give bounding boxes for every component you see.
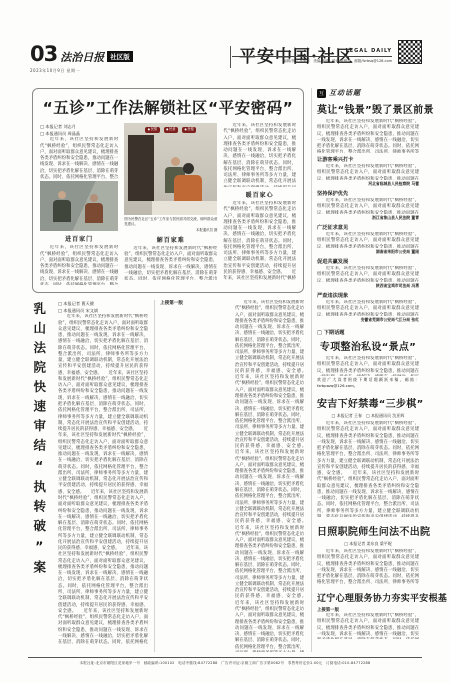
left-article-body: □ 本报记者 曹天健 □ 本报通讯员 宋文斌 近年来，该社区坚持和发展新时代“枫… (58, 300, 148, 652)
middle-article-columns: 上接第一版 近年来，该社区坚持和发展新时代“枫桥经验”，组织民警常态化走访入户，… (160, 300, 304, 652)
response-item: 坚持保护优先 近年来，该社区坚持和发展新时代“枫桥经验”，组织民警常态化走访入户… (317, 190, 419, 221)
right-article-3: 日照职院师生问法不出院 □ 本报记者 姜东良 梁平妮 近年来，该社区坚持和发展新… (317, 523, 419, 585)
response-subhead: 严查违法现象 (317, 292, 419, 299)
secondary-photo (40, 181, 118, 231)
body-text: 近年来，该社区坚持和发展新时代“枫桥经验”，组织民警常态化走访入户，面对面听取群… (223, 201, 296, 281)
body-text: 近年来，该社区坚持和发展新时代“枫桥经验”，组织民警常态化走访入户，面对面听取群… (40, 137, 118, 179)
page-number: 03 (30, 42, 57, 66)
newspaper-page: 03法治日报社区版 2023年10月9日 星期一 平安中国·社区 LEGAL D… (0, 0, 450, 683)
topic-icon: 互 (317, 89, 326, 98)
body-text: 近年来，该社区坚持和发展新时代“枫桥经验”，组织民警常态化走访入户，面对面听取群… (235, 300, 304, 652)
body-text: 近年来，该社区坚持和发展新时代“枫桥经验”，组织民警常态化走访入户，面对面听取群… (317, 421, 419, 517)
masthead-logo: 法治日报 (60, 51, 104, 64)
body-text: 近年来，该社区坚持和发展新时代“枫桥经验”，组织民警常态化走访入户，面对面听取群… (124, 246, 217, 280)
footer-info-line: 本报社址:北京市朝阳区花家地甲一号 邮政编码:100102 电话中继线:8477… (28, 661, 422, 666)
response-subhead: 广泛征求意见 (317, 224, 419, 231)
main-byline-1: □ 本报记者 刘志月 (40, 123, 118, 130)
response-attribution: 安徽省芜湖市公安局弋江分局 张红 (317, 317, 419, 323)
qr-code-icon (398, 40, 422, 64)
main-col-2: 民情 民意 民便 图为民警在社区“五诊”工作室与居民面对面交流，倾听群众意见建议… (124, 123, 217, 285)
topic-headline: 莫让“钱景”毁了景区前景 (317, 101, 419, 116)
continued-tag: 上接第一版 (160, 300, 229, 306)
page-header: 03法治日报社区版 2023年10月9日 星期一 平安中国·社区 LEGAL D… (30, 42, 420, 86)
main-article-columns: □ 本报记者 刘志月 □ 本报通讯员 周晶晶 近年来，该社区坚持和发展新时代“枫… (40, 123, 296, 285)
body-text: 近年来，该社区坚持和发展新时代“枫桥经验”，组织民警常态化走访入户，面对面听取群… (317, 164, 419, 180)
header-right: LEGAL DAILY 编辑/李立 高旭东 美编/蔡琦 校对/陈维华 邮箱/fz… (232, 48, 392, 64)
response-attribution: 河北省临城县人民检察院 马蕾 (317, 181, 419, 187)
response-attribution: 浙江省象山县人民法院 董青 (317, 215, 419, 221)
left-article: 乳山法院快速审结“执转破”案 □ 本报记者 曹天健 □ 本报通讯员 宋文斌 近年… (32, 300, 148, 652)
figure-body (53, 200, 71, 222)
header-rule (232, 56, 392, 57)
body-text: 近年来，该社区坚持和发展新时代“枫桥经验”，组织民警常态化走访入户，面对面听取群… (317, 356, 419, 376)
figure-head (90, 194, 98, 202)
response-item: 严查违法现象 近年来，该社区坚持和发展新时代“枫桥经验”，组织民警常态化走访入户… (317, 292, 419, 323)
middle-article: 上接第一版 近年来，该社区坚持和发展新时代“枫桥经验”，组织民警常态化走访入户，… (154, 300, 304, 652)
right-article-2: 安吉下好禁毒“三步棋” □ 本报记者 王春 □ 本报通讯员 沈亚辉 近年来，该社… (317, 395, 419, 517)
next-topic-note: 欢迎广大读者围绕下期话题踊跃来稿，邮箱：fzrbpazq@126.com。 (317, 377, 419, 389)
page-footer: 本报社址:北京市朝阳区花家地甲一号 邮政编码:100102 电话中继线:8477… (28, 657, 422, 666)
photo-table (152, 201, 217, 215)
response-subhead: 促进共赢发展 (317, 258, 419, 265)
topic-name: 互动话题 (329, 88, 361, 98)
photo-banner: 民情 民意 民便 (124, 127, 217, 133)
response-item: 让游客乘兴打卡 近年来，该社区坚持和发展新时代“枫桥经验”，组织民警常态化走访入… (317, 156, 419, 187)
figure-body (85, 203, 103, 223)
response-subhead: 让游客乘兴打卡 (317, 156, 419, 163)
body-text: 近年来，该社区坚持和发展新时代“枫桥经验”，组织民警常态化走访入户，面对面听取群… (317, 232, 419, 248)
main-photo: 民情 民意 民便 (124, 123, 217, 215)
topic-logo: 互 互动话题 (317, 88, 419, 98)
main-subhead-2: 解百家难 (124, 235, 217, 244)
body-text: 近年来，该社区坚持和发展新时代“枫桥经验”，组织民警常态化走访入户，面对面听取群… (317, 266, 419, 282)
right-article-2-headline: 安吉下好禁毒“三步棋” (317, 395, 419, 410)
next-topic-tag: □ 下期话题 (317, 329, 419, 336)
body-text: 近年来，该社区坚持和发展新时代“枫桥经验”，组织民警常态化走访入户，面对面听取群… (40, 245, 118, 285)
banner-badge: 民便 (182, 127, 196, 133)
response-item: 广泛征求意见 近年来，该社区坚持和发展新时代“枫桥经验”，组织民警常态化走访入户… (317, 224, 419, 255)
date-line: 2023年10月9日 星期一 (30, 68, 420, 74)
response-item: 促进共赢发展 近年来，该社区坚持和发展新时代“枫桥经验”，组织民警常态化走访入户… (317, 258, 419, 289)
body-text: 近年来，该社区坚持和发展新时代“枫桥经验”，组织民警常态化走访入户，面对面听取群… (58, 314, 148, 644)
left-byline-1: □ 本报记者 曹天健 (58, 300, 148, 307)
right-article-4: 辽宁心理服务协力夯实平安根基 上接第一版 近年来，该社区坚持和发展新时代“枫桥经… (317, 591, 419, 639)
right-article-2-byline: □ 本报记者 王春 □ 本报通讯员 沈亚辉 (317, 413, 419, 419)
photo-door (128, 135, 154, 201)
main-col-1: □ 本报记者 刘志月 □ 本报通讯员 周晶晶 近年来，该社区坚持和发展新时代“枫… (40, 123, 118, 285)
figure-head (58, 191, 66, 199)
response-attribution: 湖南省耒阳市公安局 董刚 (317, 249, 419, 255)
banner-badge: 民意 (164, 127, 178, 133)
main-subhead-1: 进百家门 (40, 234, 118, 243)
right-article-3-headline: 日照职院师生问法不出院 (317, 523, 419, 538)
body-text: 近年来，该社区坚持和发展新时代“枫桥经验”，组织民警常态化走访入户，面对面听取群… (317, 549, 419, 585)
masthead-badge: 社区版 (107, 51, 133, 62)
photo-credit: 本报通讯员 摄 (124, 227, 217, 232)
body-text: 近年来，该社区坚持和发展新时代“枫桥经验”，组织民警常态化走访入户，面对面听取群… (317, 198, 419, 214)
banner-badge: 民情 (145, 127, 159, 133)
photo-caption: 图为民警在社区“五诊”工作室与居民面对面交流，倾听群众意见建议。 (124, 217, 217, 227)
qr-wrap (396, 42, 422, 68)
left-article-headline: 乳山法院快速审结“执转破”案 (32, 302, 46, 650)
main-byline-2: □ 本报通讯员 周晶晶 (40, 130, 118, 137)
body-text: 近年来，该社区坚持和发展新时代“枫桥经验”，组织民警常态化走访入户，面对面听取群… (223, 123, 296, 187)
body-text: 近年来，该社区坚持和发展新时代“枫桥经验”，组织民警常态化走访入户，面对面听取群… (317, 613, 419, 639)
right-article-4-headline: 辽宁心理服务协力夯实平安根基 (317, 591, 419, 604)
main-col-3: 近年来，该社区坚持和发展新时代“枫桥经验”，组织民警常态化走访入户，面对面听取群… (223, 123, 296, 285)
right-column: 互 互动话题 莫让“钱景”毁了景区前景 近年来，该社区坚持和发展新时代“枫桥经验… (311, 88, 419, 652)
response-attribution: 陕西省宝鸡市司法局 冯勇 (317, 283, 419, 289)
brand-english: LEGAL DAILY (232, 48, 392, 54)
left-byline-2: □ 本报通讯员 宋文斌 (58, 307, 148, 314)
body-text: 近年来，该社区坚持和发展新时代“枫桥经验”，组织民警常态化走访入户，面对面听取群… (317, 119, 419, 153)
main-subhead-3: 暖百家心 (223, 190, 296, 199)
response-subhead: 坚持保护优先 (317, 190, 419, 197)
body-text: 近年来，该社区坚持和发展新时代“枫桥经验”，组织民警常态化走访入户，面对面听取群… (317, 300, 419, 316)
main-headline: “五诊”工作法解锁社区“平安密码” (40, 96, 296, 118)
editors-line: 编辑/李立 高旭东 美编/蔡琦 校对/陈维华 邮箱/fzrbsq@126.com (232, 59, 392, 64)
main-article: “五诊”工作法解锁社区“平安密码” □ 本报记者 刘志月 □ 本报通讯员 周晶晶… (32, 88, 304, 293)
right-article-3-byline: □ 本报记者 姜东良 梁平妮 (317, 541, 419, 547)
next-topic-headline: 专项整治私设“景点” (317, 338, 419, 353)
